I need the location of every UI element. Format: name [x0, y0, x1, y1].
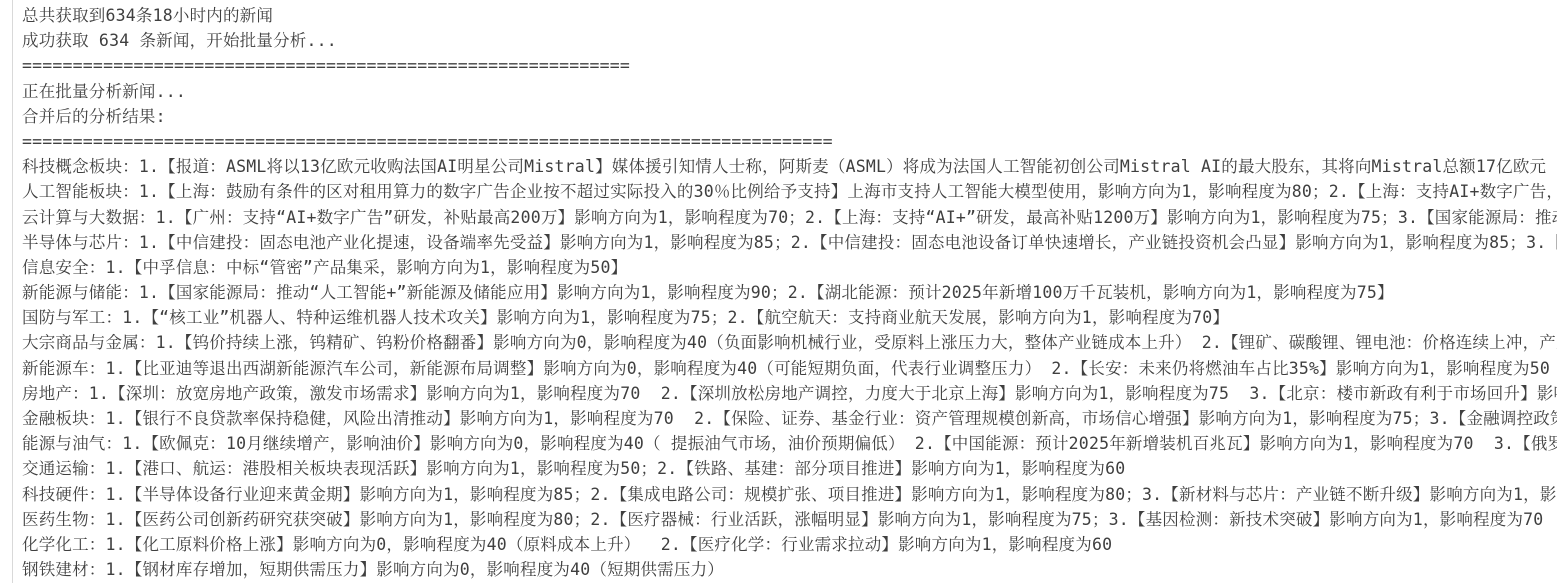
console-line: 信息安全：1.【中孚信息：中标“管密”产品集采，影响方向为1，影响程度为50】: [22, 255, 1557, 280]
console-line: 科技概念板块：1.【报道：ASML将以13亿欧元收购法国AI明星公司Mistra…: [22, 154, 1557, 179]
console-line: 科技硬件：1.【半导体设备行业迎来黄金期】影响方向为1，影响程度为85；2.【集…: [22, 482, 1557, 507]
console-line: 新能源与储能：1.【国家能源局：推动“人工智能+”新能源及储能应用】影响方向为1…: [22, 280, 1557, 305]
console-line: ========================================…: [22, 129, 1557, 154]
console-line: 半导体与芯片：1.【中信建投：固态电池产业化提速，设备端率先受益】影响方向为1，…: [22, 230, 1557, 255]
console-line: 钢铁建材：1.【钢材库存增加，短期供需压力】影响方向为0，影响程度为40（短期供…: [22, 557, 1557, 582]
left-border-line: [12, 0, 13, 583]
console-line: 化学化工：1.【化工原料价格上涨】影响方向为0，影响程度为40（原料成本上升） …: [22, 532, 1557, 557]
console-line: 合并后的分析结果:: [22, 104, 1557, 129]
console-line: 能源与油气：1.【欧佩克：10月继续增产，影响油价】影响方向为0，影响程度为40…: [22, 431, 1557, 456]
console-line: 医药生物：1.【医药公司创新药研究获突破】影响方向为1，影响程度为80；2.【医…: [22, 507, 1557, 532]
console-line: 人工智能板块：1.【上海：鼓励有条件的区对租用算力的数字广告企业按不超过实际投入…: [22, 179, 1557, 204]
console-line: 成功获取 634 条新闻，开始批量分析...: [22, 28, 1557, 53]
console-line: 正在批量分析新闻...: [22, 79, 1557, 104]
console-line: ========================================…: [22, 53, 1557, 78]
console-lines: 总共获取到634条18小时内的新闻成功获取 634 条新闻，开始批量分析...=…: [22, 3, 1557, 583]
console-line: 房地产：1.【深圳：放宽房地产政策，激发市场需求】影响方向为1，影响程度为70 …: [22, 381, 1557, 406]
console-line: 新能源车：1.【比亚迪等退出西湖新能源汽车公司，新能源布局调整】影响方向为0，影…: [22, 356, 1557, 381]
console-line: 云计算与大数据：1.【广州：支持“AI+数字广告”研发，补贴最高200万】影响方…: [22, 205, 1557, 230]
console-line: 总共获取到634条18小时内的新闻: [22, 3, 1557, 28]
console-line: 大宗商品与金属：1.【钨价持续上涨，钨精矿、钨粉价格翻番】影响方向为0，影响程度…: [22, 330, 1557, 355]
console-output: 总共获取到634条18小时内的新闻成功获取 634 条新闻，开始批量分析...=…: [0, 0, 1557, 583]
console-line: 交通运输：1.【港口、航运：港股相关板块表现活跃】影响方向为1，影响程度为50；…: [22, 456, 1557, 481]
console-line: 国防与军工：1.【“核工业”机器人、特种运维机器人技术攻关】影响方向为1，影响程…: [22, 305, 1557, 330]
console-line: 金融板块：1.【银行不良贷款率保持稳健，风险出清推动】影响方向为1，影响程度为7…: [22, 406, 1557, 431]
